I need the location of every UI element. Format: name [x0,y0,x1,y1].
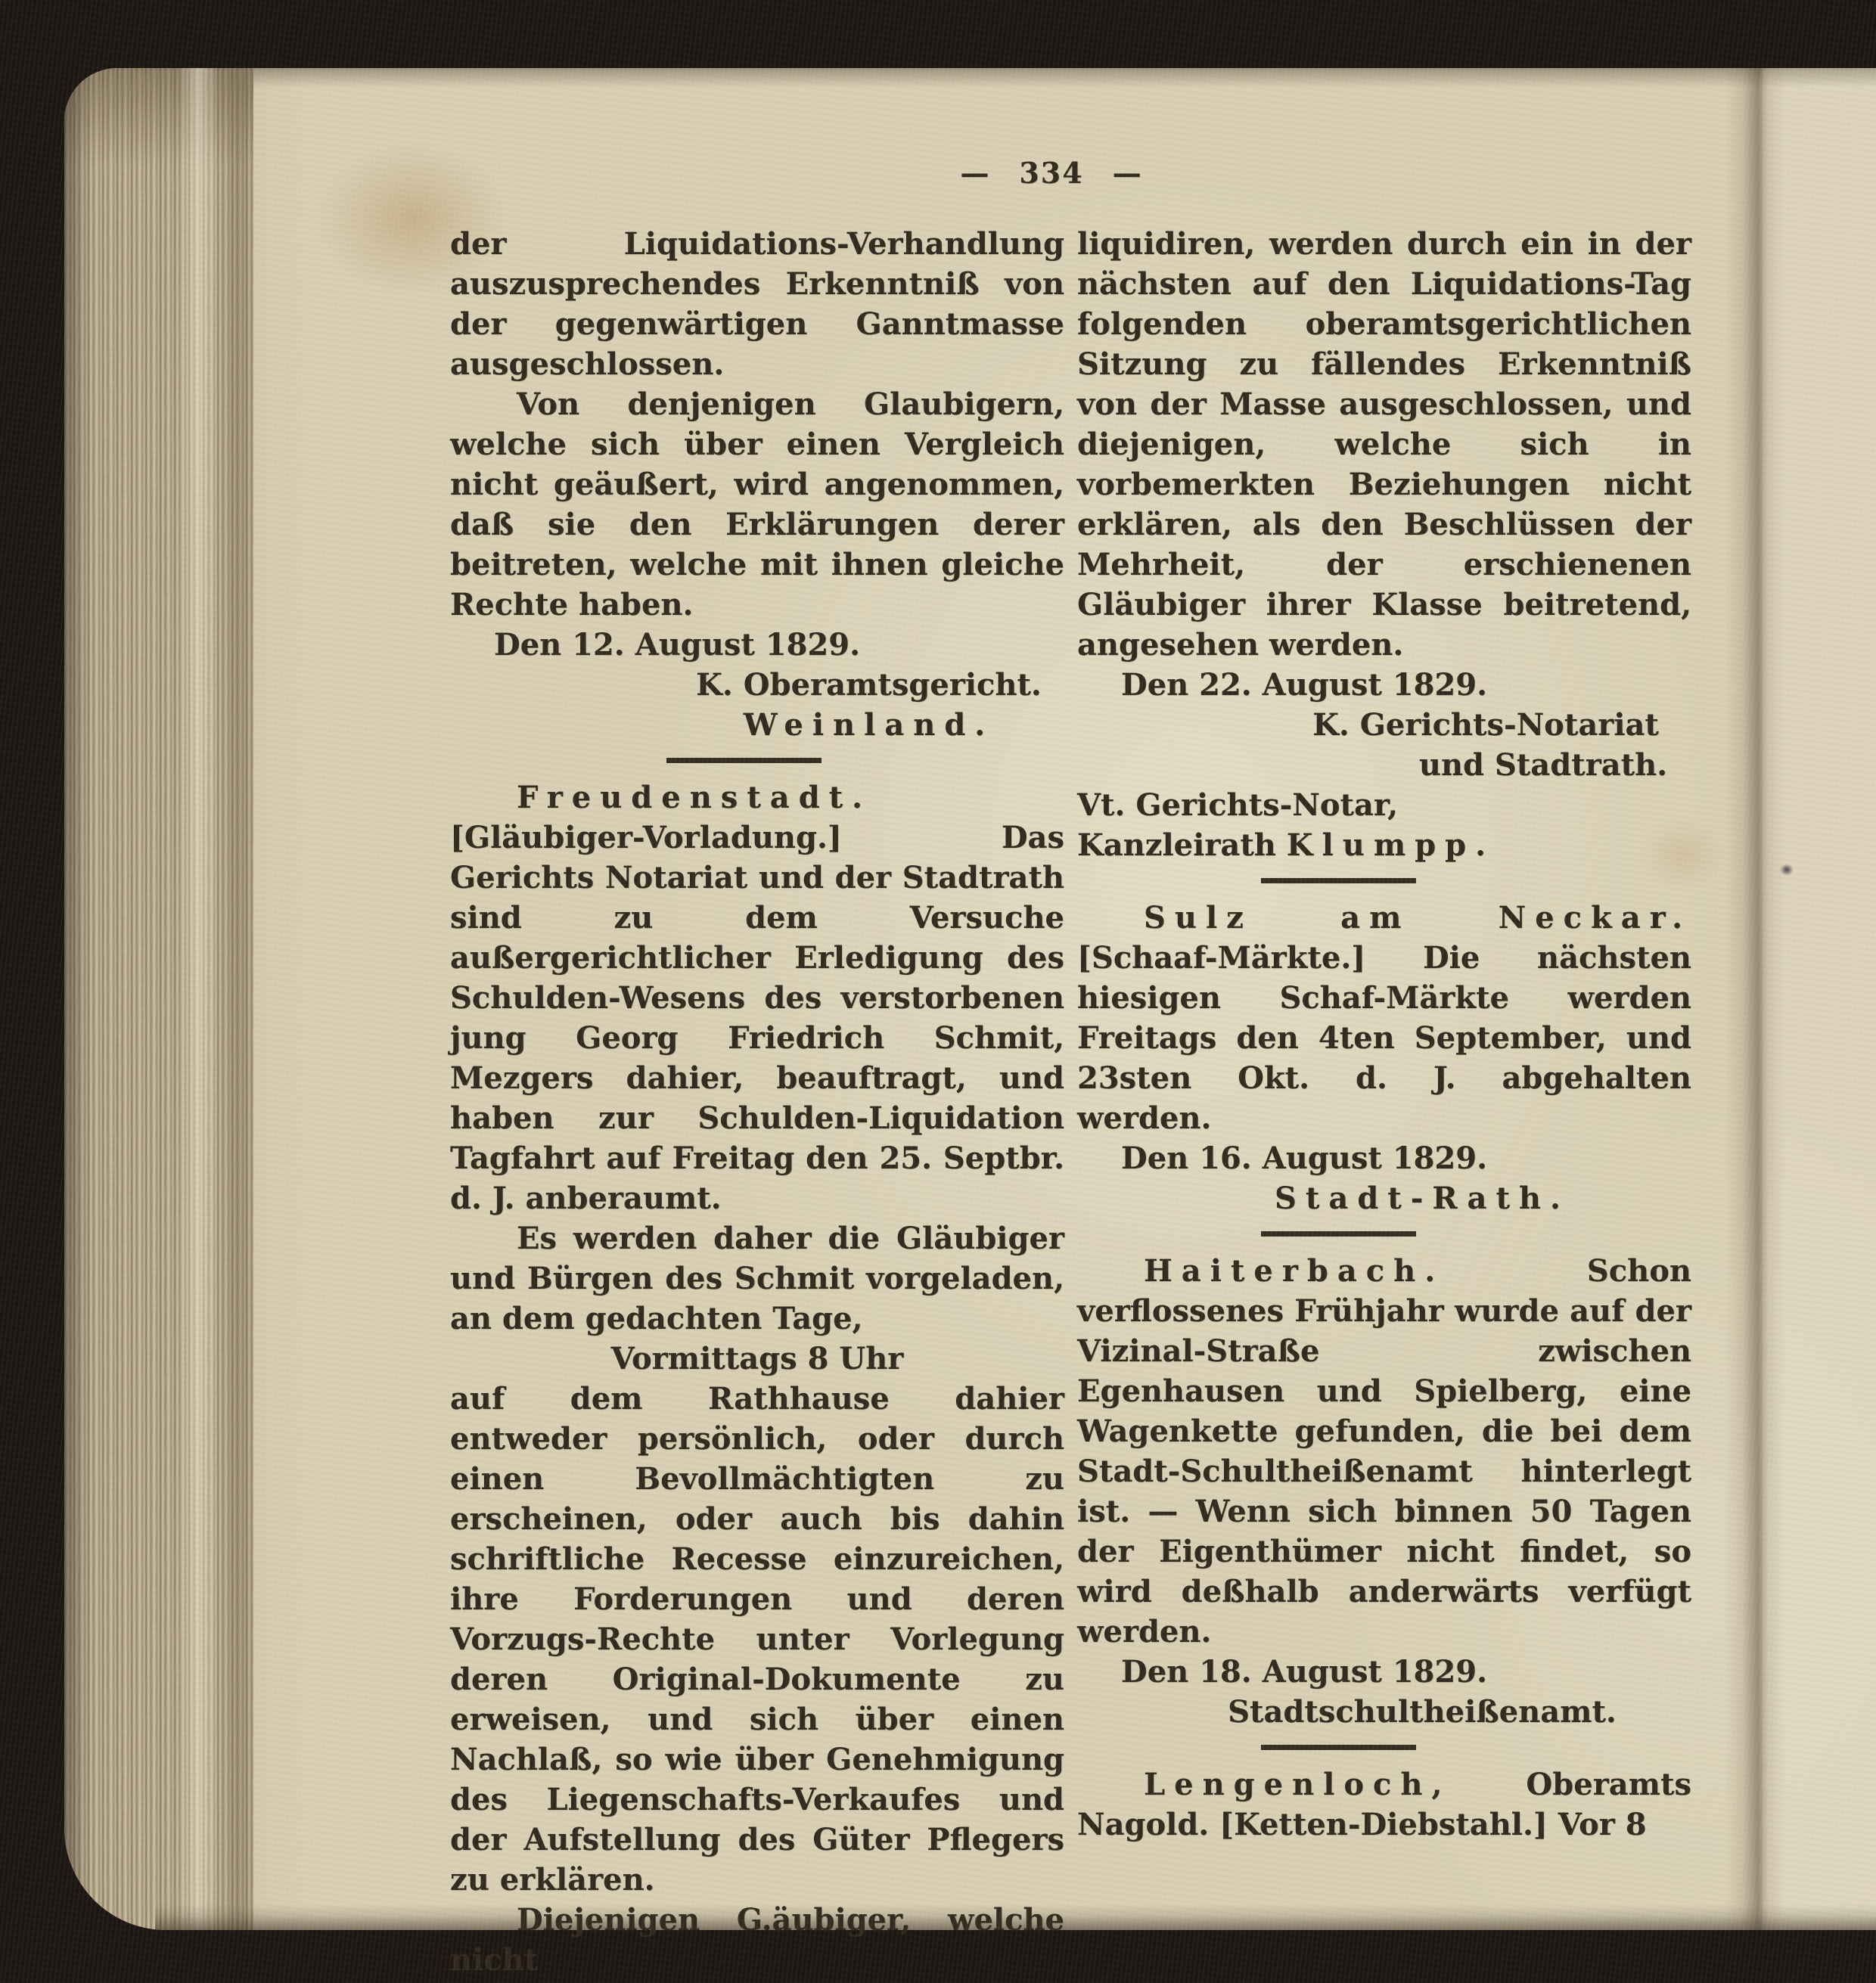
signature-line: Weinland. [450,705,1064,745]
text-paragraph: Haiterbach. Schon verflossenes Frühjahr … [1077,1251,1691,1652]
date-line: Den 12. August 1829. [450,625,1064,665]
section-divider [666,758,822,763]
section-divider [1261,878,1416,883]
place-heading: Haiterbach. [1144,1253,1444,1289]
date-line: Den 18. August 1829. [1077,1652,1691,1692]
text-paragraph: Lengenloch, Oberamts Nagold. [Ketten-Die… [1077,1764,1691,1845]
signature-line: K. Oberamtsgericht. [450,665,1064,705]
paragraph-text: Schon verflossenes Frühjahr wurde auf de… [1077,1253,1691,1649]
text-paragraph: Es werden daher die Gläubiger und Bürgen… [450,1218,1064,1339]
section-divider [1261,1745,1416,1750]
signature-line: K. Gerichts-Notariat [1077,705,1691,745]
signature-line: Stadtschultheißenamt. [1077,1692,1691,1732]
section-divider [1261,1231,1416,1237]
page-number-dash: — [960,156,990,190]
ink-spot [1780,864,1794,876]
date-line: Den 16. August 1829. [1077,1138,1691,1178]
paragraph-text: [Schaaf-Märkte.] Die nächsten hiesigen S… [1077,940,1691,1136]
place-heading: Lengenloch, [1144,1767,1451,1802]
text-paragraph: der Liquidations-Verhandlung auszusprech… [450,224,1064,384]
text-paragraph: Diejenigen G.äubiger, welche nicht [450,1900,1064,1980]
right-column: liquidiren, werden durch ein in der näch… [1077,224,1691,1845]
text-paragraph: liquidiren, werden durch ein in der näch… [1077,224,1691,665]
left-column: der Liquidations-Verhandlung auszusprech… [450,224,1064,1980]
signature-line: Stadt-Rath. [1077,1178,1691,1218]
place-heading: Freudenstadt. [517,780,871,815]
page-number: —334— [881,156,1222,190]
page-edge-stack [64,68,253,1930]
place-heading: Sulz am Neckar. [1144,900,1691,936]
next-page-sliver [1763,68,1876,1930]
signature-title: Kanzleirath [1077,827,1287,863]
paragraph-text: [Gläubiger-Vorladung.] Das Gerichts Nota… [450,820,1064,1216]
signature-line: Kanzleirath Klumpp. [1077,825,1691,865]
time-line: Vormittags 8 Uhr [450,1339,1064,1379]
text-paragraph: auf dem Rathhause dahier entweder persön… [450,1379,1064,1900]
page-number-value: 334 [1019,156,1083,190]
text-paragraph: Von denjenigen Glaubigern, welche sich ü… [450,384,1064,625]
text-paragraph: Sulz am Neckar. [Schaaf-Märkte.] Die näc… [1077,898,1691,1138]
signature-name: Klumpp. [1287,827,1495,863]
date-line: Den 22. August 1829. [1077,665,1691,705]
signature-line: und Stadtrath. [1077,745,1691,785]
signature-line: Vt. Gerichts-Notar, [1077,785,1691,825]
photo-background: —334— der Liquidations-Verhandlung auszu… [0,0,1876,1983]
text-paragraph: Freudenstadt. [Gläubiger-Vorladung.] Das… [450,777,1064,1218]
page-top-shadow [253,68,1876,88]
page-number-dash: — [1113,156,1143,190]
